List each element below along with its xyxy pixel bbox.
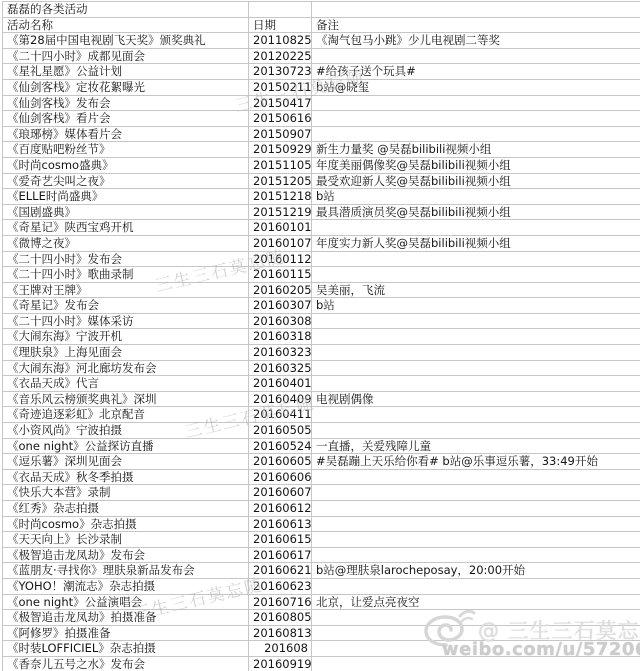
cell-activity-name: 《蓝朋友·寻找你》理肤泉新品发布会 [3,563,249,579]
cell-date: 20160524 [249,438,312,454]
cell-activity-name: 《时尚cosmo盛典》 [3,157,249,173]
cell-date: 20160919 [249,656,312,671]
cell-activity-name: 《衣品天成》代言 [3,376,249,392]
cell-note [312,220,640,236]
cell-activity-name: 《奇星记》发布会 [3,298,249,314]
cell-note [312,95,640,111]
cell-activity-name: 《天天向上》长沙录制 [3,532,249,548]
table-row: 《天天向上》长沙录制 20160615 [3,532,640,548]
cell-note [312,610,640,626]
cell-date: 20130723 [249,64,312,80]
cell-date: 20160613 [249,516,312,532]
cell-activity-name: 《时尚cosmo》杂志拍摄 [3,516,249,532]
cell-note: 《淘气包马小跳》少儿电视剧二等奖 [312,33,640,49]
table-row: 《香奈儿五号之水》发布会 20160919 [3,656,640,671]
cell-activity-name: 《时装LOFFICIEL》杂志拍摄 [3,641,249,657]
table-row: 《极智追击龙凤劫》拍摄准备 20160805 [3,610,640,626]
cell-note [312,485,640,501]
cell-date: 20160411 [249,407,312,423]
cell-date: 20160323 [249,345,312,361]
cell-activity-name: 《奇迹追逐彩虹》北京配音 [3,407,249,423]
cell-date: 20160621 [249,563,312,579]
table-image: 磊磊的各类活动 活动名称 日期 备注 《第28届中国电视剧飞天奖》颁奖典礼 20… [0,0,640,671]
title-row-empty-cell [312,2,640,18]
title-row: 磊磊的各类活动 [3,2,640,18]
cell-note [312,625,640,641]
cell-note [312,313,640,329]
table-row: 《理肤泉》上海见面会 20160323 [3,345,640,361]
cell-note [312,111,640,127]
table-row: 《二十四小时》成都见面会 20120225 [3,48,640,64]
cell-note [312,345,640,361]
table-row: 《one night》公益探访直播 20160524 一直播，关爱残障儿童 [3,438,640,454]
cell-activity-name: 《理肤泉》上海见面会 [3,345,249,361]
cell-note: 最具潜质演员奖@吴磊bilibili视频小组 [312,204,640,220]
table-body: 磊磊的各类活动 活动名称 日期 备注 《第28届中国电视剧飞天奖》颁奖典礼 20… [3,2,640,671]
column-header-date: 日期 [249,17,312,33]
cell-activity-name: 《one night》公益演唱会 [3,594,249,610]
table-row: 《时尚cosmo》杂志拍摄 20160613 [3,516,640,532]
table-row: 《第28届中国电视剧飞天奖》颁奖典礼 20110825 《淘气包马小跳》少儿电视… [3,33,640,49]
column-header-note: 备注 [312,17,640,33]
table-row: 《蓝朋友·寻找你》理肤泉新品发布会 20160621 b站@理肤泉laroche… [3,563,640,579]
table-row: 《YOHO！潮流志》杂志拍摄 20160623 [3,578,640,594]
cell-activity-name: 《音乐风云榜颁奖典礼》深圳 [3,391,249,407]
cell-note: 年度美丽偶像奖@吴磊bilibili视频小组 [312,157,640,173]
cell-date: 20160813 [249,625,312,641]
cell-activity-name: 《仙剑客栈》定妆花絮曝光 [3,79,249,95]
cell-note: 一直播，关爱残障儿童 [312,438,640,454]
cell-note: b站 [312,298,640,314]
table-row: 《ELLE时尚盛典》 20151218 b站 [3,189,640,205]
table-row: 《仙剑客栈》看片会 20150616 [3,111,640,127]
table-row: 《琅琊榜》媒体看片会 20150907 [3,126,640,142]
cell-note [312,329,640,345]
cell-date: 20160716 [249,594,312,610]
cell-note: 电视剧偶像 [312,391,640,407]
cell-activity-name: 《香奈儿五号之水》发布会 [3,656,249,671]
cell-date: 20120225 [249,48,312,64]
cell-date: 20160115 [249,267,312,283]
table-row: 《奇星记》陕西宝鸡开机 20160101 [3,220,640,236]
cell-note [312,267,640,283]
cell-activity-name: 《二十四小时》成都见面会 [3,48,249,64]
column-header-activity: 活动名称 [3,17,249,33]
cell-activity-name: 《国剧盛典》 [3,204,249,220]
cell-activity-name: 《琅琊榜》媒体看片会 [3,126,249,142]
cell-note: b站 [312,189,640,205]
cell-activity-name: 《ELLE时尚盛典》 [3,189,249,205]
table-row: 《星礼星愿》公益计划 20130723 #给孩子送个玩具# [3,64,640,80]
cell-note [312,360,640,376]
cell-date: 20160409 [249,391,312,407]
table-row: 《时尚cosmo盛典》 20151105 年度美丽偶像奖@吴磊bilibili视… [3,157,640,173]
cell-date: 20151219 [249,204,312,220]
cell-note: 新生力量奖 @吴磊bilibili视频小组 [312,142,640,158]
table-row: 《音乐风云榜颁奖典礼》深圳 20160409 电视剧偶像 [3,391,640,407]
table-row: 《时装LOFFICIEL》杂志拍摄 201608 [3,641,640,657]
cell-date: 20151218 [249,189,312,205]
cell-activity-name: 《二十四小时》发布会 [3,251,249,267]
cell-activity-name: 《红秀》杂志拍摄 [3,501,249,517]
cell-activity-name: 《百度贴吧粉丝节》 [3,142,249,158]
table-row: 《奇星记》发布会 20160307 b站 [3,298,640,314]
cell-note [312,48,640,64]
table-row: 《微博之夜》 20160107 年度实力新人奖@吴磊bilibili视频小组 [3,235,640,251]
cell-activity-name: 《仙剑客栈》看片会 [3,111,249,127]
cell-date: 20160205 [249,282,312,298]
table-row: 《仙剑客栈》定妆花絮曝光 20150211 b站@晓玺 [3,79,640,95]
cell-date: 20160107 [249,235,312,251]
cell-note [312,423,640,439]
cell-activity-name: 《爱奇艺尖叫之夜》 [3,173,249,189]
cell-date: 20160112 [249,251,312,267]
cell-date: 20160308 [249,313,312,329]
cell-activity-name: 《王牌对王牌》 [3,282,249,298]
cell-activity-name: 《第28届中国电视剧飞天奖》颁奖典礼 [3,33,249,49]
table-row: 《二十四小时》歌曲录制 20160115 [3,267,640,283]
table-row: 《衣品天成》秋冬季拍摄 20160606 [3,469,640,485]
cell-note [312,126,640,142]
cell-note [312,656,640,671]
cell-note [312,547,640,563]
cell-date: 20151105 [249,157,312,173]
cell-date: 20160101 [249,220,312,236]
cell-date: 20151205 [249,173,312,189]
cell-activity-name: 《衣品天成》秋冬季拍摄 [3,469,249,485]
cell-activity-name: 《二十四小时》歌曲录制 [3,267,249,283]
cell-activity-name: 《小资风尚》宁波拍摄 [3,423,249,439]
cell-note: #给孩子送个玩具# [312,64,640,80]
cell-activity-name: 《大闹东海》宁波开机 [3,329,249,345]
cell-activity-name: 《快乐大本营》录制 [3,485,249,501]
cell-note [312,407,640,423]
cell-date: 20160615 [249,532,312,548]
cell-date: 201608 [249,641,312,657]
cell-note: 最受欢迎新人奖@吴磊bilibili视频小组 [312,173,640,189]
table-row: 《极智追击龙凤劫》发布会 20160617 [3,547,640,563]
cell-date: 20160623 [249,578,312,594]
cell-note [312,376,640,392]
table-row: 《百度贴吧粉丝节》 20150929 新生力量奖 @吴磊bilibili视频小组 [3,142,640,158]
cell-date: 20160617 [249,547,312,563]
cell-date: 20160612 [249,501,312,517]
cell-date: 20160401 [249,376,312,392]
table-row: 《奇迹追逐彩虹》北京配音 20160411 [3,407,640,423]
cell-activity-name: 《阿修罗》拍摄准备 [3,625,249,641]
cell-date: 20150907 [249,126,312,142]
cell-activity-name: 《微博之夜》 [3,235,249,251]
cell-date: 20160325 [249,360,312,376]
cell-date: 20150616 [249,111,312,127]
table-row: 《大闹东海》宁波开机 20160318 [3,329,640,345]
cell-activity-name: 《极智追击龙凤劫》拍摄准备 [3,610,249,626]
table-row: 《one night》公益演唱会 20160716 北京，让爱点亮夜空 [3,594,640,610]
cell-activity-name: 《逗乐薯》深圳见面会 [3,454,249,470]
table-row: 《快乐大本营》录制 20160607 [3,485,640,501]
cell-note [312,516,640,532]
cell-date: 20160605 [249,454,312,470]
table-row: 《爱奇艺尖叫之夜》 20151205 最受欢迎新人奖@吴磊bilibili视频小… [3,173,640,189]
cell-date: 20150211 [249,79,312,95]
table-row: 《阿修罗》拍摄准备 20160813 [3,625,640,641]
cell-note [312,251,640,267]
cell-note: 年度实力新人奖@吴磊bilibili视频小组 [312,235,640,251]
cell-date: 20160318 [249,329,312,345]
cell-date: 20160505 [249,423,312,439]
cell-activity-name: 《one night》公益探访直播 [3,438,249,454]
activities-table: 磊磊的各类活动 活动名称 日期 备注 《第28届中国电视剧飞天奖》颁奖典礼 20… [2,1,640,671]
cell-activity-name: 《YOHO！潮流志》杂志拍摄 [3,578,249,594]
table-row: 《王牌对王牌》 20160205 吴美丽，飞流 [3,282,640,298]
cell-activity-name: 《星礼星愿》公益计划 [3,64,249,80]
cell-date: 20110825 [249,33,312,49]
table-row: 《仙剑客栈》发布会 20150417 [3,95,640,111]
table-row: 《红秀》杂志拍摄 20160612 [3,501,640,517]
table-row: 《国剧盛典》 20151219 最具潜质演员奖@吴磊bilibili视频小组 [3,204,640,220]
cell-note [312,641,640,657]
cell-date: 20160606 [249,469,312,485]
cell-activity-name: 《极智追击龙凤劫》发布会 [3,547,249,563]
table-row: 《小资风尚》宁波拍摄 20160505 [3,423,640,439]
table-row: 《二十四小时》媒体采访 20160308 [3,313,640,329]
cell-activity-name: 《奇星记》陕西宝鸡开机 [3,220,249,236]
cell-date: 20150929 [249,142,312,158]
table-row: 《逗乐薯》深圳见面会 20160605 #吴磊蹦上天乐给你看# b站@乐事逗乐薯… [3,454,640,470]
title-row-empty-cell [249,2,312,18]
cell-date: 20160607 [249,485,312,501]
cell-date: 20160307 [249,298,312,314]
cell-note: #吴磊蹦上天乐给你看# b站@乐事逗乐薯，33:49开始 [312,454,640,470]
cell-activity-name: 《大闹东海》河北廊坊发布会 [3,360,249,376]
cell-note [312,578,640,594]
cell-note: 北京，让爱点亮夜空 [312,594,640,610]
table-row: 《二十四小时》发布会 20160112 [3,251,640,267]
cell-note [312,501,640,517]
table-row: 《大闹东海》河北廊坊发布会 20160325 [3,360,640,376]
header-row: 活动名称 日期 备注 [3,17,640,33]
table-row: 《衣品天成》代言 20160401 [3,376,640,392]
cell-note [312,532,640,548]
cell-date: 20150417 [249,95,312,111]
cell-note: 吴美丽，飞流 [312,282,640,298]
cell-note: b站@理肤泉larocheposay，20:00开始 [312,563,640,579]
sheet-title: 磊磊的各类活动 [3,2,249,18]
cell-note [312,469,640,485]
cell-date: 20160805 [249,610,312,626]
cell-note: b站@晓玺 [312,79,640,95]
cell-activity-name: 《仙剑客栈》发布会 [3,95,249,111]
cell-activity-name: 《二十四小时》媒体采访 [3,313,249,329]
